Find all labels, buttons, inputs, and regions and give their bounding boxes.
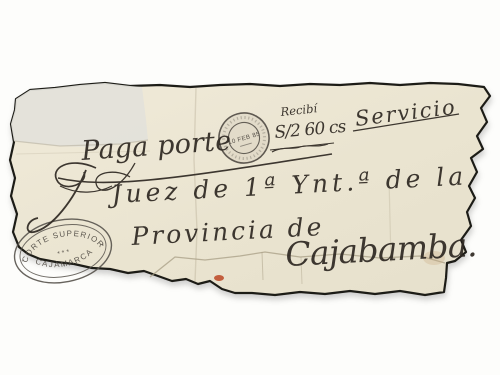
postal-cover-illustration: 10 FEB 85 CORTE SUPERIOR CAJAMARCA * * *… <box>0 0 500 375</box>
photo-of-postal-cover: 10 FEB 85 CORTE SUPERIOR CAJAMARCA * * *… <box>0 0 500 375</box>
wax-seal-remnant <box>214 275 224 281</box>
